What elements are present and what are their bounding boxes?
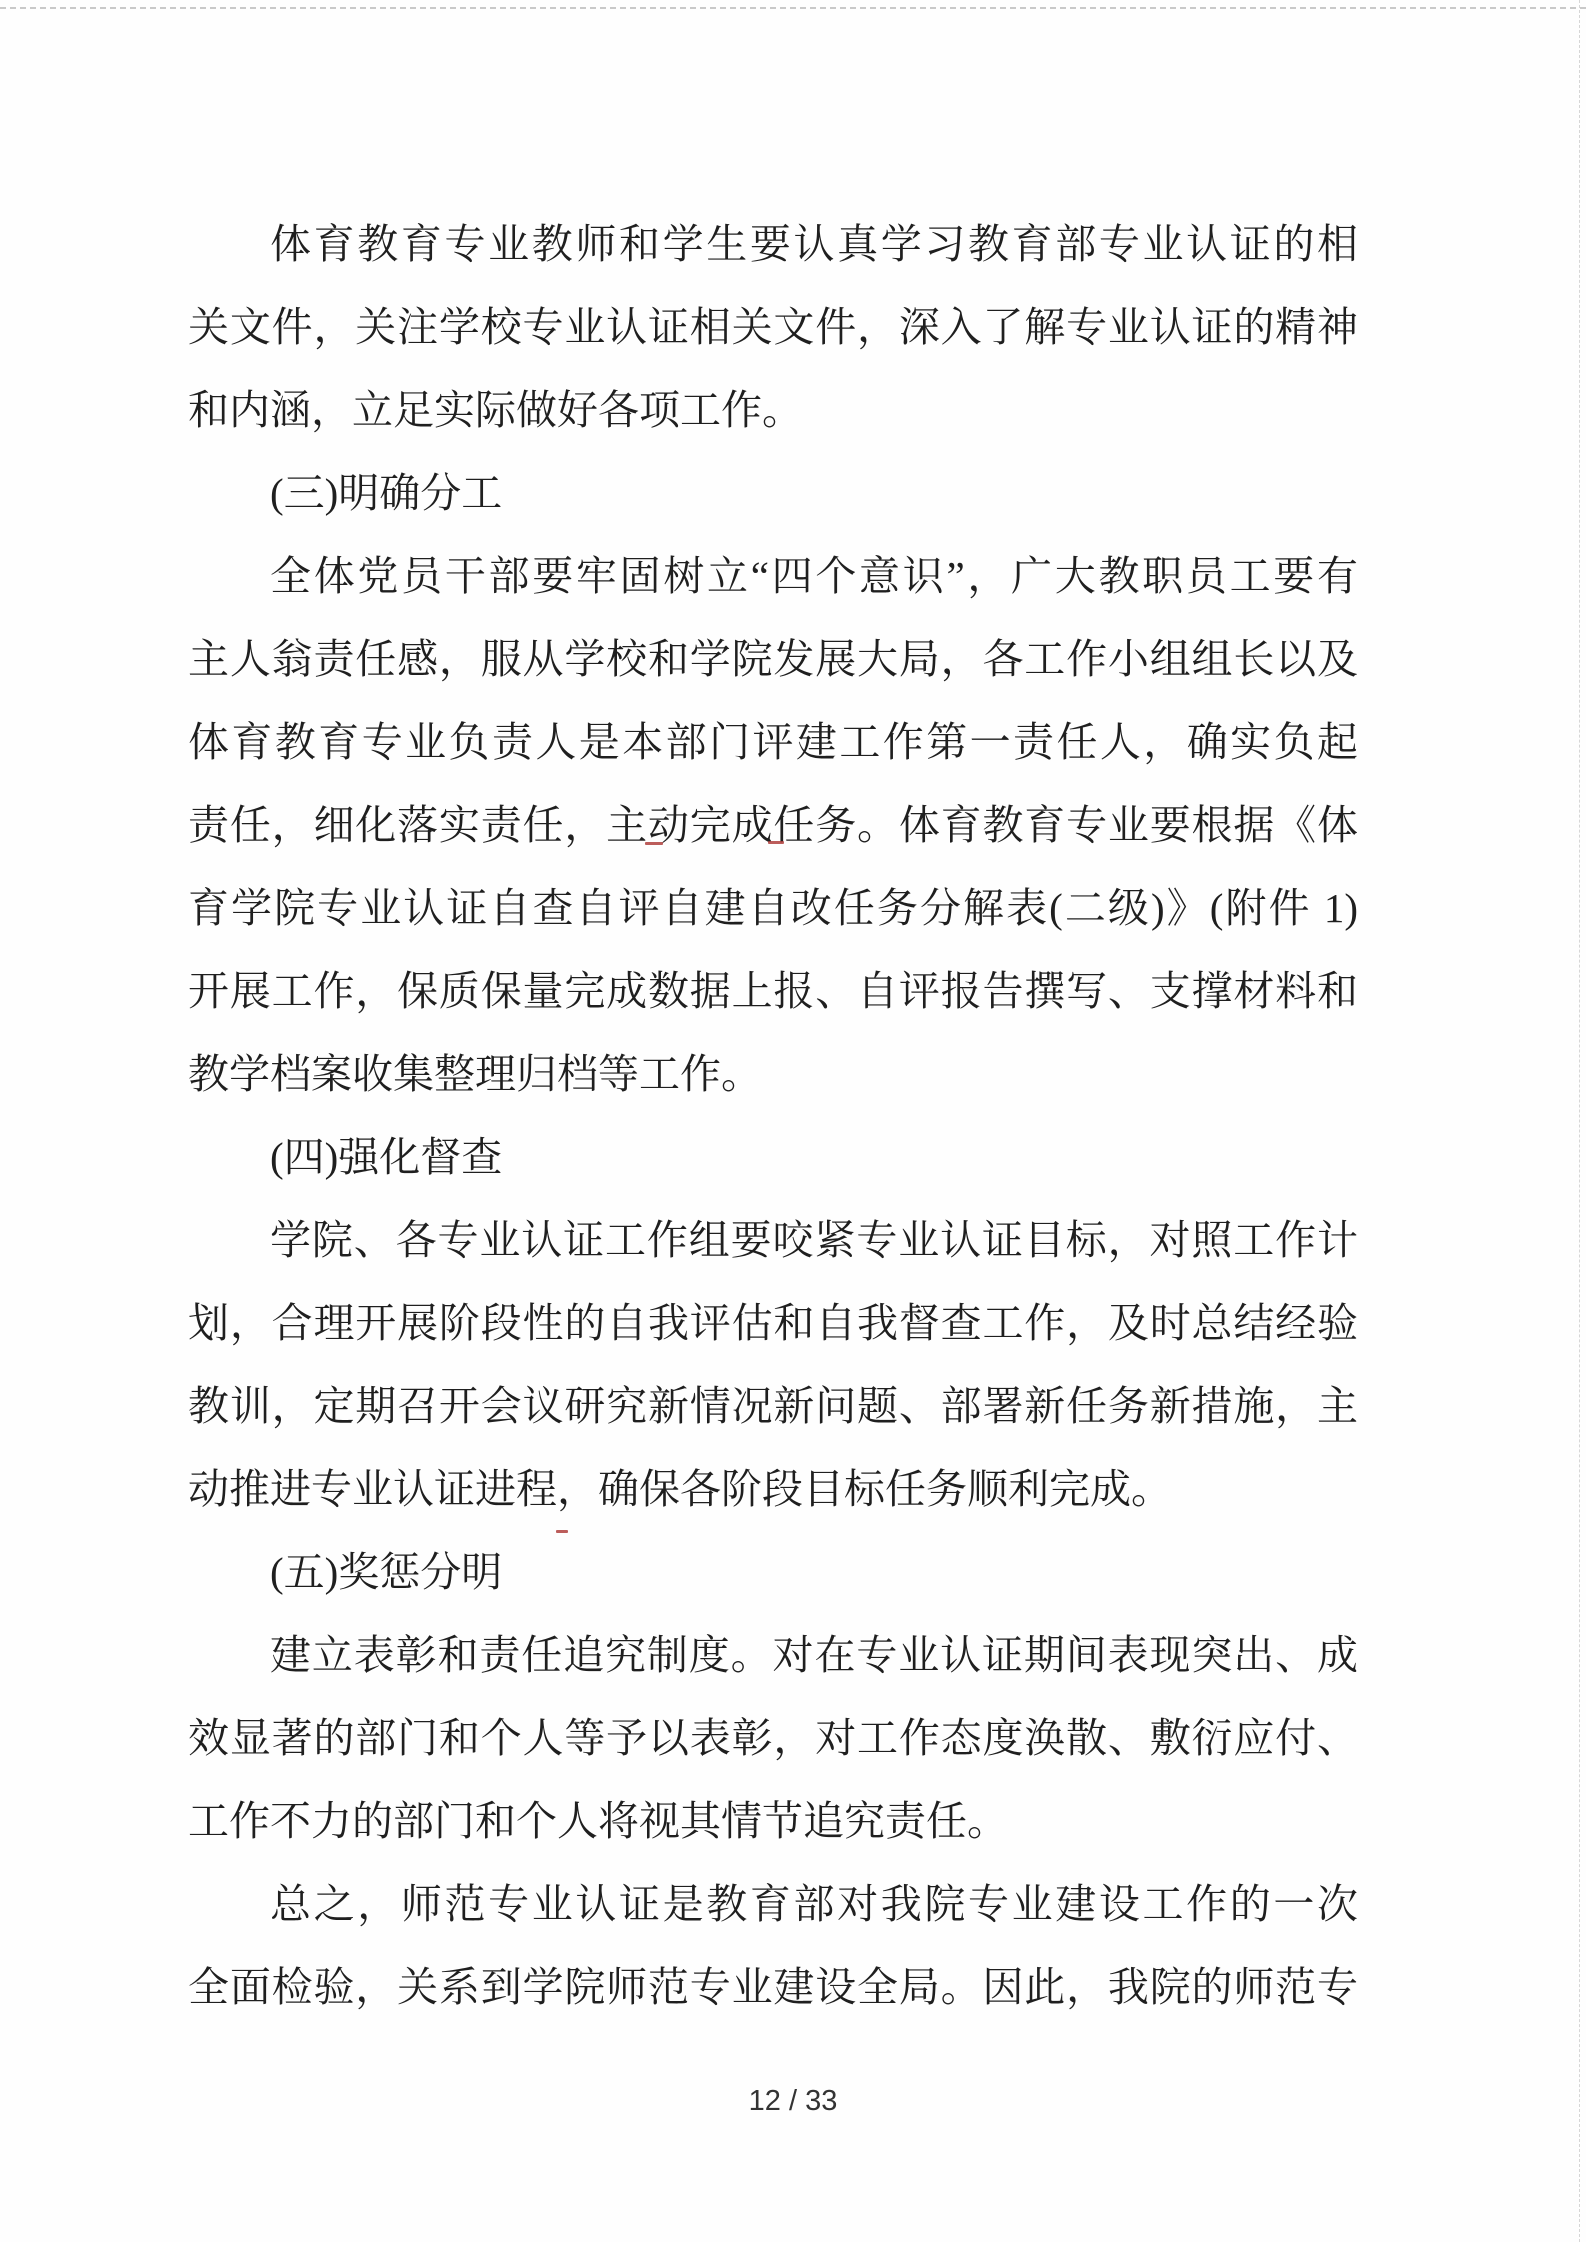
text-line: 教学档案收集整理归档等工作。 <box>188 1033 1358 1116</box>
text-line: (五)奖惩分明 <box>188 1531 1358 1614</box>
text-line: 关文件，关注学校专业认证相关文件，深入了解专业认证的精神 <box>188 286 1358 369</box>
text-line: 和内涵，立足实际做好各项工作。 <box>188 369 1358 452</box>
scan-red-mark <box>645 842 663 845</box>
text-line: 教训，定期召开会议研究新情况新问题、部署新任务新措施，主 <box>188 1365 1358 1448</box>
text-line: (三)明确分工 <box>188 452 1358 535</box>
text-line: 体育教育专业负责人是本部门评建工作第一责任人，确实负起 <box>188 701 1358 784</box>
scan-red-mark <box>768 841 784 844</box>
text-line: 育学院专业认证自查自评自建自改任务分解表(二级)》(附件 1) <box>188 867 1358 950</box>
text-line: 全体党员干部要牢固树立“四个意识”，广大教职员工要有 <box>188 535 1358 618</box>
text-line: 主人翁责任感，服从学校和学院发展大局，各工作小组组长以及 <box>188 618 1358 701</box>
text-line: 学院、各专业认证工作组要咬紧专业认证目标，对照工作计 <box>188 1199 1358 1282</box>
document-page: 体育教育专业教师和学生要认真学习教育部专业认证的相关文件，关注学校专业认证相关文… <box>0 0 1586 2242</box>
text-line: 工作不力的部门和个人将视其情节追究责任。 <box>188 1780 1358 1863</box>
scan-artifact-right-edge <box>1579 0 1580 2242</box>
page-number: 12 / 33 <box>0 2085 1586 2118</box>
text-line: 效显著的部门和个人等予以表彰，对工作态度涣散、敷衍应付、 <box>188 1697 1358 1780</box>
text-line: (四)强化督查 <box>188 1116 1358 1199</box>
text-line: 开展工作，保质保量完成数据上报、自评报告撰写、支撑材料和 <box>188 950 1358 1033</box>
text-line: 全面检验，关系到学院师范专业建设全局。因此，我院的师范专 <box>188 1946 1358 2029</box>
scan-artifact-top-edge <box>0 7 1586 9</box>
text-line: 划，合理开展阶段性的自我评估和自我督查工作，及时总结经验 <box>188 1282 1358 1365</box>
text-line: 责任，细化落实责任，主动完成任务。体育教育专业要根据《体 <box>188 784 1358 867</box>
text-line: 体育教育专业教师和学生要认真学习教育部专业认证的相 <box>188 203 1358 286</box>
scan-red-mark <box>556 1530 568 1533</box>
document-body: 体育教育专业教师和学生要认真学习教育部专业认证的相关文件，关注学校专业认证相关文… <box>188 203 1358 2029</box>
text-line: 建立表彰和责任追究制度。对在专业认证期间表现突出、成 <box>188 1614 1358 1697</box>
text-line: 总之，师范专业认证是教育部对我院专业建设工作的一次 <box>188 1863 1358 1946</box>
text-line: 动推进专业认证进程，确保各阶段目标任务顺利完成。 <box>188 1448 1358 1531</box>
